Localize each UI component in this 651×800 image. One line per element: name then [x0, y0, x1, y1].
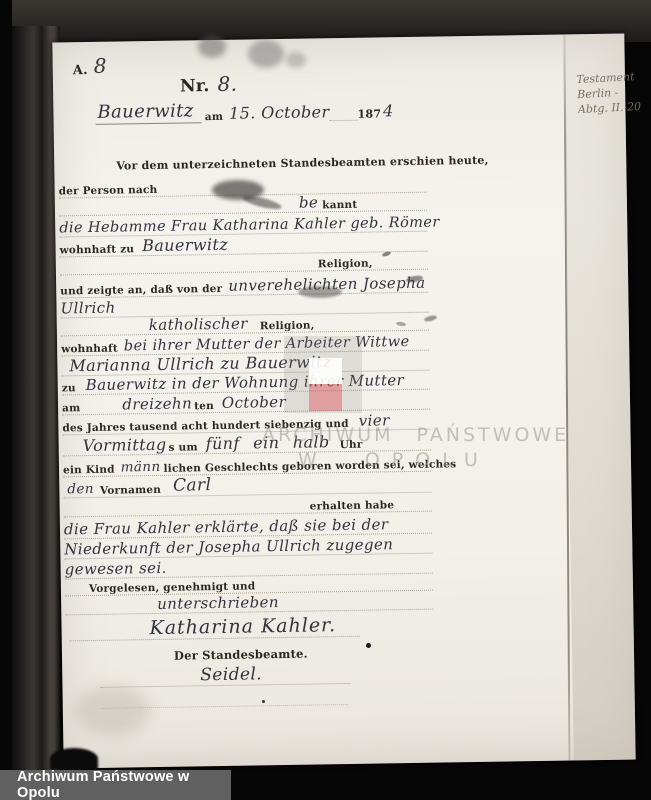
archive-caption: Archiwum Państwowe w Opolu [0, 769, 231, 800]
ink-smudge [286, 52, 306, 68]
line-signature: Katharina Kahler. [69, 614, 359, 642]
hand-be: be [299, 193, 319, 211]
ink-dot [366, 643, 371, 648]
book-binding [12, 26, 60, 770]
corner-number: 8 [94, 54, 108, 78]
dateline-date: 15. October [229, 102, 330, 123]
dateline-place: Bauerwitz [95, 100, 202, 125]
line-registrar-signature: Seidel. [100, 664, 350, 688]
line-gender: ein Kind männ lichen Geschlechts geboren… [63, 455, 431, 478]
dateline-year-hand: 4 [383, 101, 394, 120]
ink-smudge [198, 36, 226, 58]
line-statement2: Niederkunft der Josepha Ullrich zugegen [64, 537, 432, 560]
line-report: und zeigte an, daß von der unverehelicht… [60, 276, 428, 299]
margin-note: Testament Berlin - Abtg. II. 20 [576, 67, 651, 117]
child-name: Carl [173, 475, 212, 496]
next-page-strip [562, 34, 635, 761]
record-number-value: 8. [217, 72, 237, 96]
line-birthplace: zu Bauerwitz in der Wohnung ihrer Mutter [62, 373, 430, 396]
printed-kannt: kannt [322, 199, 357, 212]
appearer-signature: Katharina Kahler. [149, 614, 336, 639]
line-erhalten: erhalten habe [64, 495, 432, 518]
ink-blot [298, 286, 342, 298]
registrar-signature: Seidel. [200, 664, 262, 685]
corner-label: A. 8 [73, 54, 108, 79]
dateline-year-printed: 187 [357, 107, 381, 120]
line-registrar-title: Der Standesbeamte. [174, 647, 308, 663]
archive-caption-bar: Archiwum Państwowe w Opolu [0, 770, 231, 800]
dateline: Bauerwitz am 15. October 187 4 [95, 97, 425, 125]
record-number-label: Nr. [180, 76, 210, 96]
form-heading: Vor dem unterzeichneten Standesbeamten e… [116, 154, 488, 173]
paper-stain [76, 686, 150, 736]
archival-scan: A. 8 Nr. 8. Bauerwitz am 15. October 187… [0, 0, 651, 800]
dateline-am: am [205, 111, 224, 123]
record-number: Nr. 8. [180, 72, 238, 97]
ink-smudge [248, 40, 284, 68]
ink-dot [262, 700, 265, 703]
line-birthtime: Vormittag s um fünf ein halb Uhr [63, 433, 431, 457]
binding-shadow [50, 748, 98, 770]
line-unterschrieben: unterschrieben [65, 593, 433, 616]
register-page: A. 8 Nr. 8. Bauerwitz am 15. October 187… [52, 34, 635, 769]
line-birthyear: des Jahres tausend acht hundert siebenzi… [62, 413, 430, 436]
corner-letter: A. [73, 63, 88, 78]
